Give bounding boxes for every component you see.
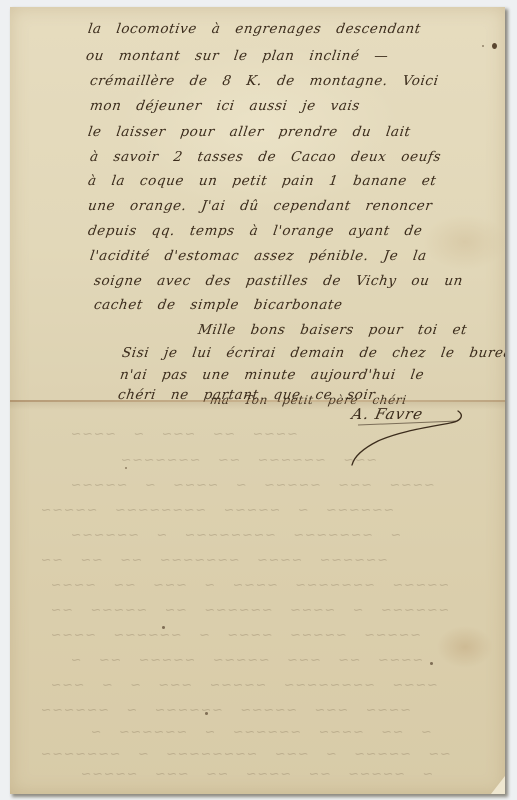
closing-line: Sisi je lui écrirai demain de chez le bu… xyxy=(121,345,505,361)
bleed-line: ~~~~~~ ~~~~ ~~~~~~~ ~~ ~~ ~~ xyxy=(39,553,389,568)
letter-page: la locomotive à engrenages descendant ou… xyxy=(10,7,505,794)
letter-line: depuis qq. temps à l'orange ayant de xyxy=(87,223,424,239)
paper-speck xyxy=(125,467,127,469)
letter-line: à savoir 2 tasses de Cacao deux oeufs xyxy=(89,149,442,165)
bleed-line: ~ ~~~~~~~ ~~~~~~~~ ~ ~~~~~~ xyxy=(69,528,402,543)
closing-line: n'ai pas une minute aujourd'hui le xyxy=(119,367,425,383)
letter-line: l'acidité d'estomac assez pénible. Je la xyxy=(89,248,428,264)
paper-speck xyxy=(205,712,208,715)
bleed-line: ~ ~~ ~~~~ ~~~~~~ ~ ~~~~~~ ~ xyxy=(89,725,433,740)
letter-line: la locomotive à engrenages descendant xyxy=(87,21,422,37)
closing-line: Mille bons baisers pour toi et xyxy=(197,322,468,338)
bleed-line: ~~~~ ~~~ ~~~~~ ~ ~~~~ ~ ~~~~~ xyxy=(69,478,436,493)
bleed-line: ~~~~ ~~~ ~~~~~ ~~~~~~ ~ ~~~~~~ xyxy=(39,703,412,718)
fold-shade xyxy=(10,402,505,410)
bleed-line: ~~~~ ~~ ~~~ ~ ~~~~ xyxy=(69,427,299,442)
bleed-line: ~~~~~~ ~ ~~~~~ ~~~~~~~~ ~~~~~ xyxy=(39,503,395,518)
bleed-line: ~~~~~ ~~~~~ ~~~~ ~ ~~~~~~ ~~~~ xyxy=(49,628,422,643)
ink-mark xyxy=(492,43,497,49)
letter-line: cachet de simple bicarbonate xyxy=(93,297,344,313)
ink-mark xyxy=(482,45,484,47)
letter-line: crémaillère de 8 K. de montagne. Voici xyxy=(89,73,440,89)
bleed-line: ~~~~ ~~ ~~~ ~~~~~ ~~~~~ ~~ ~ xyxy=(69,653,424,668)
paper-speck xyxy=(162,626,165,629)
corner-crease xyxy=(491,776,505,794)
letter-line: soigne avec des pastilles de Vichy ou un xyxy=(93,273,464,289)
bleed-line: ~~~~~~ ~ ~~~~ ~~~~~~ ~~ ~~~~~ ~~ xyxy=(49,603,450,618)
bleed-line: ~~~ ~~~~~~ ~~ ~~~~~~~ xyxy=(119,453,378,468)
letter-line: ou montant sur le plan incliné — xyxy=(85,48,390,64)
letter-line: mon déjeuner ici aussi je vais xyxy=(89,98,361,114)
letter-line: le laisser pour aller prendre du lait xyxy=(87,124,412,140)
bleed-line: ~~ ~~~~~ ~ ~~~ ~~~~~~~~ ~ ~~~~~~~ xyxy=(39,747,452,762)
paper-speck xyxy=(430,662,433,665)
bleed-line: ~~~~ ~~~~~~~~ ~~~~~ ~~~ ~ ~ ~~~ xyxy=(49,678,439,693)
bleed-line: ~ ~~~~~ ~~ ~~~~ ~~ ~~~ ~~~~~ xyxy=(79,767,434,782)
bleed-line: ~~~~~ ~~~~~~~ ~~~~ ~ ~~~ ~~ ~~~~ xyxy=(49,578,450,593)
letter-line: une orange. J'ai dû cependant renoncer xyxy=(87,198,434,214)
letter-line: à la coque un petit pain 1 banane et xyxy=(87,173,438,189)
